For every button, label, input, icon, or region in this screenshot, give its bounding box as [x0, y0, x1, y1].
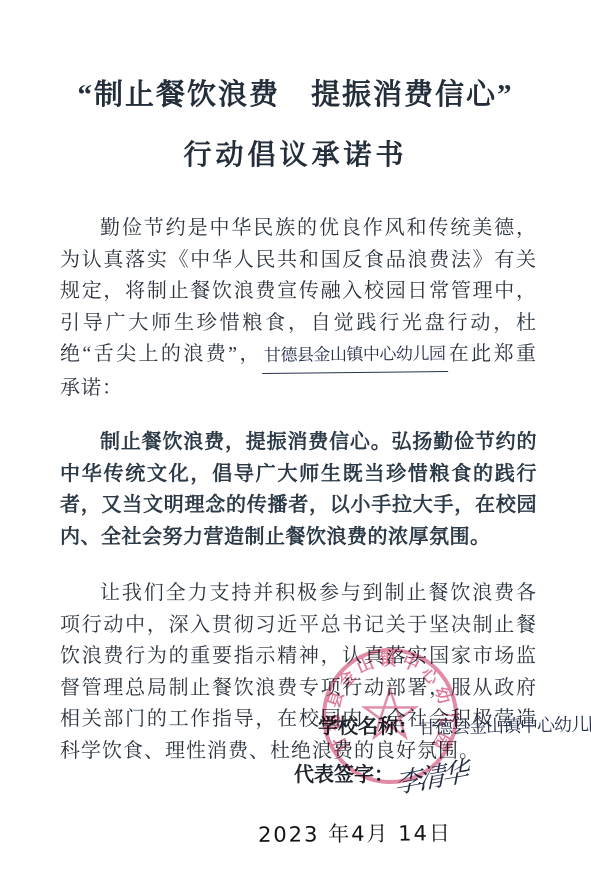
- document-subtitle: 行动倡议承诺书: [0, 133, 591, 173]
- paragraph-intro: 勤俭节约是中华民族的优良作风和传统美德，为认真落实《中华人民共和国反食品浪费法》…: [60, 213, 537, 404]
- pledge-document-page: “制止餐饮浪费 提振消费信心” 行动倡议承诺书 勤俭节约是中华民族的优良作风和传…: [0, 0, 591, 886]
- document-date: 2023 年4月 14日: [258, 817, 452, 849]
- paragraph-action: 让我们全力支持并积极参与到制止餐饮浪费各项行动中，深入贯彻习近平总书记关于坚决制…: [60, 578, 537, 767]
- handwritten-school-name-inline: 甘德县金山镇中心幼儿园: [262, 339, 448, 373]
- document-title: “制止餐饮浪费 提振消费信心”: [0, 0, 591, 113]
- paragraph-commitment: 制止餐饮浪费，提振消费信心。弘扬勤俭节约的中华传统文化，倡导广大师生既当珍惜粮食…: [60, 427, 537, 553]
- representative-signature-label: 代表签字：: [294, 764, 394, 786]
